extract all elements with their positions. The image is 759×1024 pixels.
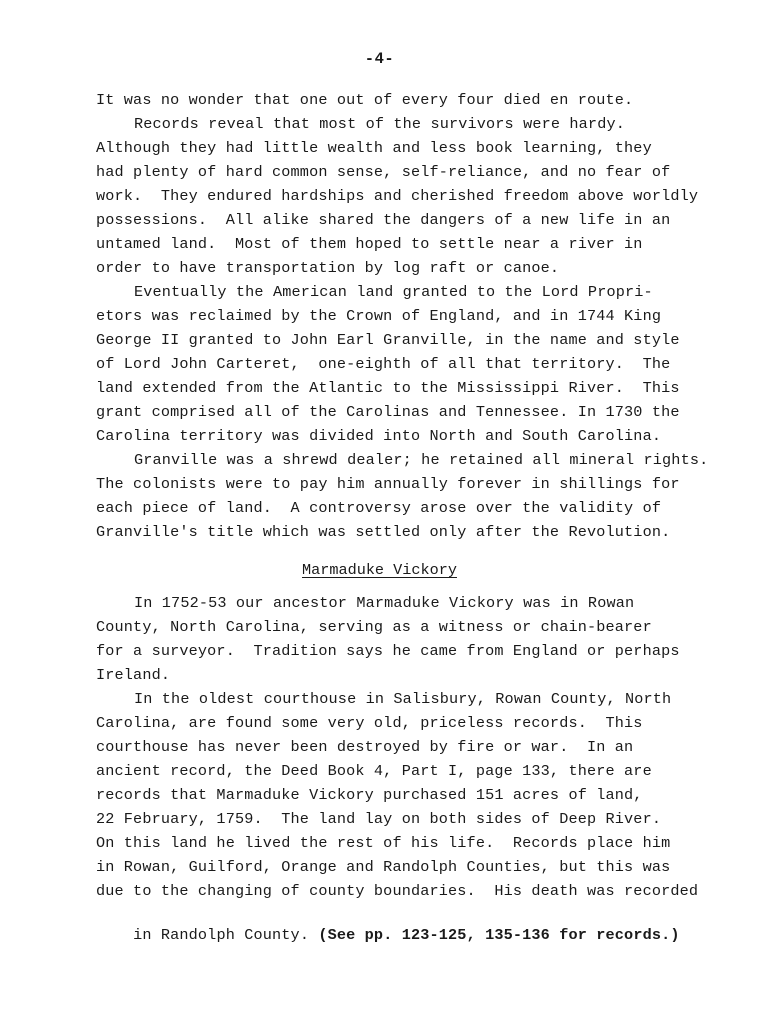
section-heading: Marmaduke Vickory	[0, 560, 759, 580]
text-line: untamed land. Most of them hoped to sett…	[96, 234, 643, 254]
text-line: grant comprised all of the Carolinas and…	[96, 402, 680, 422]
text-line: County, North Carolina, serving as a wit…	[96, 617, 652, 637]
text-line: In the oldest courthouse in Salisbury, R…	[134, 689, 671, 709]
text-line: work. They endured hardships and cherish…	[96, 186, 698, 206]
text-line: Ireland.	[96, 665, 170, 685]
text-line: Granville's title which was settled only…	[96, 522, 670, 542]
page-number: -4-	[0, 50, 759, 68]
text-line: Although they had little wealth and less…	[96, 138, 652, 158]
text-line: Eventually the American land granted to …	[134, 282, 653, 302]
text-line: George II granted to John Earl Granville…	[96, 330, 680, 350]
final-line-text: in Randolph County.	[133, 926, 318, 944]
records-reference-note: (See pp. 123-125, 135-136 for records.)	[318, 926, 679, 944]
text-line: in Rowan, Guilford, Orange and Randolph …	[96, 857, 670, 877]
text-line: due to the changing of county boundaries…	[96, 881, 698, 901]
text-line: order to have transportation by log raft…	[96, 258, 559, 278]
final-line: in Randolph County. (See pp. 123-125, 13…	[96, 905, 680, 965]
text-line: In 1752-53 our ancestor Marmaduke Vickor…	[134, 593, 634, 613]
text-line: etors was reclaimed by the Crown of Engl…	[96, 306, 661, 326]
text-line: records that Marmaduke Vickory purchased…	[96, 785, 643, 805]
document-page: -4- It was no wonder that one out of eve…	[0, 0, 759, 1024]
text-line: Carolina, are found some very old, price…	[96, 713, 643, 733]
text-line: Carolina territory was divided into Nort…	[96, 426, 661, 446]
text-line: courthouse has never been destroyed by f…	[96, 737, 633, 757]
text-line: Granville was a shrewd dealer; he retain…	[134, 450, 708, 470]
text-line: of Lord John Carteret, one-eighth of all…	[96, 354, 670, 374]
text-line: It was no wonder that one out of every f…	[96, 90, 633, 110]
text-line: for a surveyor. Tradition says he came f…	[96, 641, 680, 661]
text-line: 22 February, 1759. The land lay on both …	[96, 809, 661, 829]
text-line: had plenty of hard common sense, self-re…	[96, 162, 670, 182]
text-line: each piece of land. A controversy arose …	[96, 498, 661, 518]
text-line: Records reveal that most of the survivor…	[134, 114, 625, 134]
text-line: On this land he lived the rest of his li…	[96, 833, 670, 853]
text-line: possessions. All alike shared the danger…	[96, 210, 670, 230]
section-heading-text: Marmaduke Vickory	[302, 561, 457, 579]
text-line: The colonists were to pay him annually f…	[96, 474, 680, 494]
text-line: ancient record, the Deed Book 4, Part I,…	[96, 761, 652, 781]
text-line: land extended from the Atlantic to the M…	[96, 378, 680, 398]
